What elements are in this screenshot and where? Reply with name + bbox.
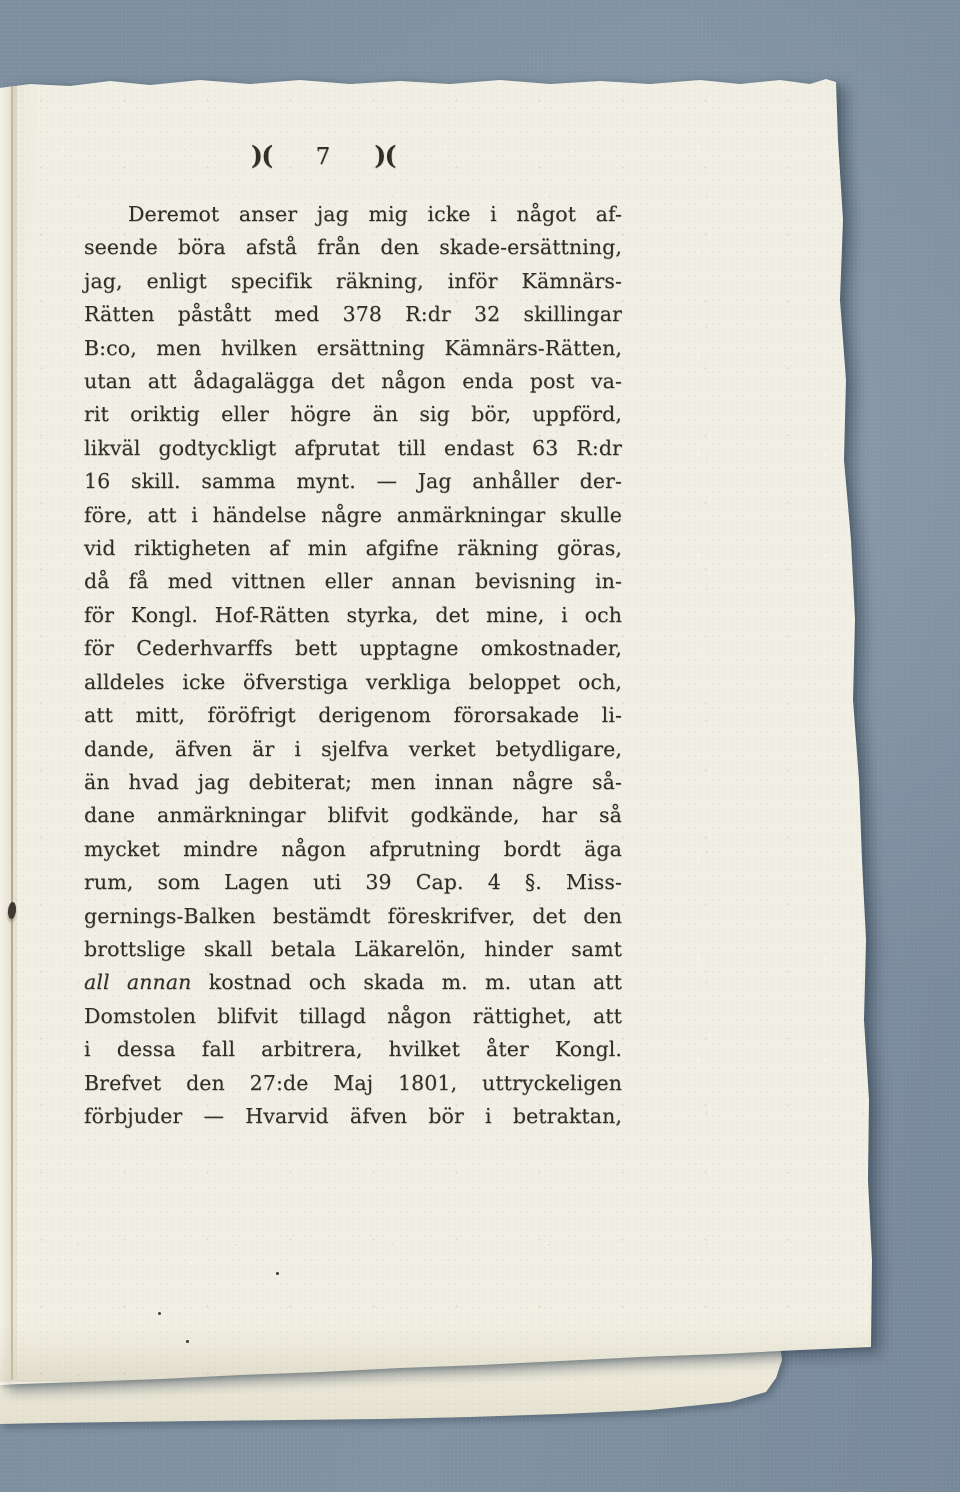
text-segment: rit oriktig eller högre än sig bör, uppf…	[84, 402, 622, 426]
text-segment: gernings-Balken bestämdt föreskrifver, d…	[84, 904, 622, 928]
text-segment: före, att i händelse någre anmärkningar …	[84, 503, 622, 527]
scanned-book-photo: { "colors": { "background": "#8193a2", "…	[0, 0, 960, 1492]
text-line: seende böra afstå från den skade-ersättn…	[84, 231, 622, 264]
text-line: B:co, men hvilken ersättning Kämnärs-Rät…	[84, 332, 622, 365]
text-line: före, att i händelse någre anmärkningar …	[84, 499, 622, 532]
text-segment: Deremot anser jag mig icke i något af-	[128, 202, 622, 226]
text-segment: vid riktigheten af min afgifne räkning g…	[84, 536, 622, 560]
text-segment: än hvad jag debiterat; men innan någre s…	[84, 770, 622, 794]
text-segment: då få med vittnen eller annan bevisning …	[84, 569, 622, 593]
book-page-wrap: )( 7 )( Deremot anser jag mig icke i någ…	[0, 0, 890, 1430]
text-line: Domstolen blifvit tillagd någon rättighe…	[84, 1000, 622, 1033]
text-line: för Cederhvarffs bett upptagne omkostnad…	[84, 632, 622, 665]
text-line: vid riktigheten af min afgifne räkning g…	[84, 532, 622, 565]
text-segment: likväl godtyckligt afprutat till endast …	[84, 436, 622, 460]
text-segment: kostnad och skada m. m. utan att	[191, 970, 622, 994]
page-header: )( 7 )(	[54, 141, 592, 170]
text-line: dane anmärkningar blifvit godkände, har …	[84, 799, 622, 832]
text-segment: dane anmärkningar blifvit godkände, har …	[84, 803, 622, 827]
text-line: rit oriktig eller högre än sig bör, uppf…	[84, 398, 622, 431]
text-block: Deremot anser jag mig icke i något af-se…	[84, 198, 622, 1133]
ink-speck	[158, 1312, 161, 1315]
text-line: all annan kostnad och skada m. m. utan a…	[84, 966, 622, 999]
text-line: utan att ådagalägga det någon enda post …	[84, 365, 622, 398]
text-segment: Brefvet den 27:de Maj 1801, uttryckelige…	[84, 1071, 622, 1095]
text-segment: Rätten påstått med 378 R:dr 32 skillinga…	[84, 302, 622, 326]
book-page: )( 7 )( Deremot anser jag mig icke i någ…	[0, 0, 890, 1430]
text-line: dande, äfven är i sjelfva verket betydli…	[84, 733, 622, 766]
text-line: rum, som Lagen uti 39 Cap. 4 §. Miss-	[84, 866, 622, 899]
text-segment: förbjuder — Hvarvid äfven bör i betrakta…	[84, 1104, 622, 1128]
text-line: för Kongl. Hof-Rätten styrka, det mine, …	[84, 599, 622, 632]
text-line: brottslige skall betala Läkarelön, hinde…	[84, 933, 622, 966]
text-line: än hvad jag debiterat; men innan någre s…	[84, 766, 622, 799]
text-segment: att mitt, föröfrigt derigenom förorsakad…	[84, 703, 622, 727]
text-segment: seende böra afstå från den skade-ersättn…	[84, 235, 622, 259]
text-segment: för Cederhvarffs bett upptagne omkostnad…	[84, 636, 622, 660]
text-segment: mycket mindre någon afprutning bordt äga	[84, 837, 622, 861]
bottom-edge-shading	[0, 1322, 880, 1382]
binding-crease-shadow	[13, 84, 17, 1380]
text-line: jag, enligt specifik räkning, inför Kämn…	[84, 265, 622, 298]
ink-speck	[276, 1272, 279, 1275]
text-line: alldeles icke öfverstiga verkliga belopp…	[84, 666, 622, 699]
text-segment: alldeles icke öfverstiga verkliga belopp…	[84, 670, 622, 694]
header-right-mark: )(	[374, 141, 395, 170]
text-line: Deremot anser jag mig icke i något af-	[84, 198, 622, 231]
header-left-mark: )(	[251, 141, 272, 170]
text-segment: B:co, men hvilken ersättning Kämnärs-Rät…	[84, 336, 622, 360]
page-number: 7	[316, 144, 331, 170]
text-segment: för Kongl. Hof-Rätten styrka, det mine, …	[84, 603, 622, 627]
text-line: gernings-Balken bestämdt föreskrifver, d…	[84, 900, 622, 933]
text-segment: brottslige skall betala Läkarelön, hinde…	[84, 937, 622, 961]
ink-speck	[186, 1340, 189, 1343]
text-segment: 16 skill. samma mynt. — Jag anhåller der…	[84, 469, 622, 493]
text-segment-italic: all annan	[84, 970, 191, 994]
text-line: då få med vittnen eller annan bevisning …	[84, 565, 622, 598]
spine-margin-strip	[0, 80, 11, 1386]
text-line: likväl godtyckligt afprutat till endast …	[84, 432, 622, 465]
text-segment: rum, som Lagen uti 39 Cap. 4 §. Miss-	[84, 870, 622, 894]
text-line: i dessa fall arbitrera, hvilket åter Kon…	[84, 1033, 622, 1066]
text-segment: jag, enligt specifik räkning, inför Kämn…	[84, 269, 622, 293]
text-segment: utan att ådagalägga det någon enda post …	[84, 369, 622, 393]
text-line: Brefvet den 27:de Maj 1801, uttryckelige…	[84, 1067, 622, 1100]
text-line: att mitt, föröfrigt derigenom förorsakad…	[84, 699, 622, 732]
text-segment: dande, äfven är i sjelfva verket betydli…	[84, 737, 622, 761]
text-segment: i dessa fall arbitrera, hvilket åter Kon…	[84, 1037, 622, 1061]
text-segment: Domstolen blifvit tillagd någon rättighe…	[84, 1004, 622, 1028]
text-line: förbjuder — Hvarvid äfven bör i betrakta…	[84, 1100, 622, 1133]
text-line: Rätten påstått med 378 R:dr 32 skillinga…	[84, 298, 622, 331]
text-line: 16 skill. samma mynt. — Jag anhåller der…	[84, 465, 622, 498]
text-line: mycket mindre någon afprutning bordt äga	[84, 833, 622, 866]
